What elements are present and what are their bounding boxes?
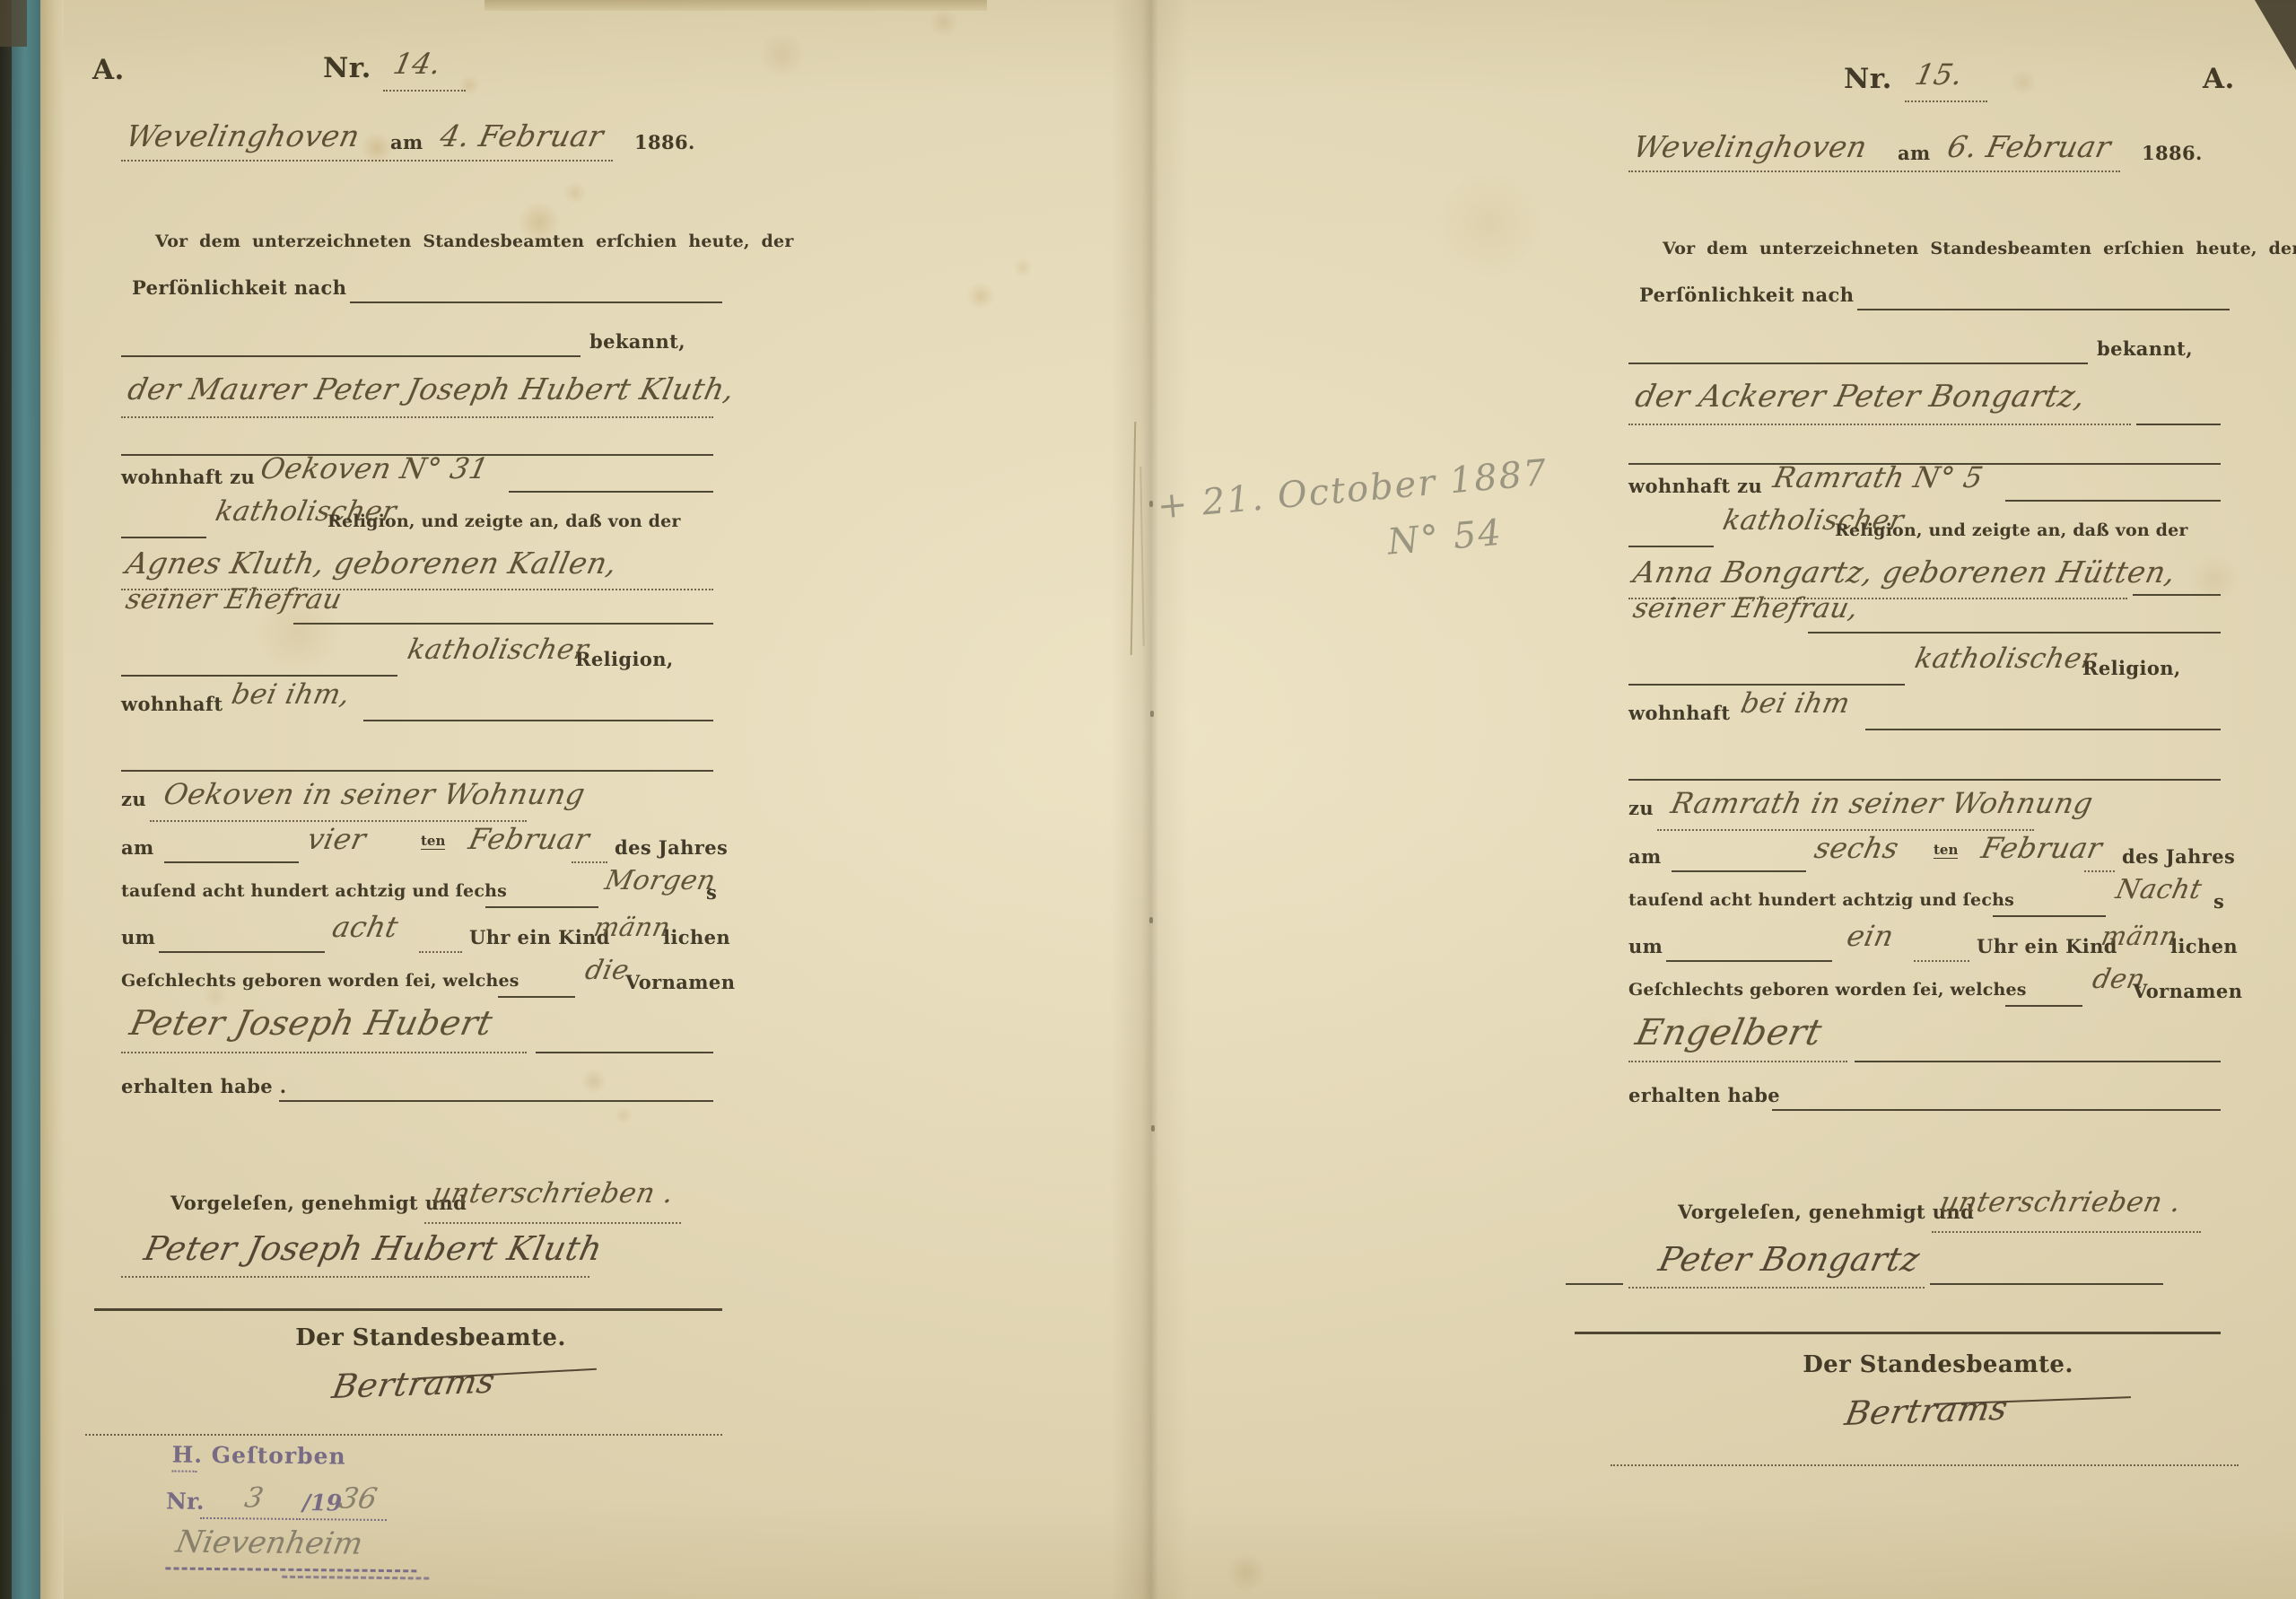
printed-label: Perſönlichkeit nach <box>1639 284 1854 306</box>
printed-label: s <box>706 881 717 904</box>
blank-rule <box>1628 363 2088 364</box>
blank-rule <box>2136 424 2221 425</box>
given-names-handwritten: Engelbert <box>1632 1012 1826 1053</box>
row-ehefrau: seiner Ehefrau, <box>1628 594 2248 648</box>
stamp-nr-value-pencil: 3 <box>242 1481 266 1514</box>
blank-rule <box>121 160 613 162</box>
blank-rule <box>1628 546 1714 547</box>
section-letter: A. <box>2203 63 2235 95</box>
blank-rule <box>121 1052 527 1053</box>
printed-intro: Vor dem unterzeichneten Standesbeamten e… <box>1663 239 2296 258</box>
page-header: A. Nr. 14. <box>121 47 740 109</box>
birth-month-handwritten: Februar <box>466 822 593 856</box>
printed-label: des Jahres <box>2122 845 2235 868</box>
row-standesbeamte: Der Standesbeamte. <box>1628 1351 2248 1378</box>
blank-rule <box>2005 500 2221 502</box>
stamp-year-value-pencil: 36 <box>337 1481 380 1515</box>
row-divider <box>1628 1305 2248 1359</box>
row-given-names: Peter Joseph Hubert <box>121 1001 740 1064</box>
printed-label: wohnhaft zu <box>1628 475 1762 497</box>
printed-label: Vorgeleſen, genehmigt und <box>170 1192 467 1214</box>
registrar-title: Der Standesbeamte. <box>295 1324 566 1351</box>
printed-label: lichen <box>663 926 730 948</box>
registrar-title: Der Standesbeamte. <box>1803 1351 2073 1378</box>
bei-ihm-handwritten: bei ihm <box>1738 687 1853 720</box>
printed-label: Geſchlechts geboren worden ſei, welches <box>121 971 519 991</box>
blank-rule <box>1672 870 1806 872</box>
printed-label: wohnhaft <box>121 693 223 715</box>
printed-label: um <box>121 926 155 948</box>
hour-handwritten: ein <box>1844 919 1897 953</box>
bei-ihm-handwritten: bei ihm, <box>229 678 354 711</box>
am-label: am <box>1898 142 1931 164</box>
birthplace-handwritten: Ramrath in seiner Wohnung <box>1668 786 2096 820</box>
mother-handwritten: Anna Bongartz, geborenen Hütten, <box>1630 555 2179 590</box>
religion-handwritten: katholischer <box>405 633 591 666</box>
record-number-value: 15. <box>1912 57 1966 92</box>
printed-label: am <box>121 836 154 859</box>
printed-label: des Jahres <box>615 836 728 859</box>
blank-rule <box>121 1276 589 1278</box>
blank-rule <box>1566 1283 1623 1285</box>
printed-label: Vornamen <box>2133 980 2242 1002</box>
row-wohnhaft-bei: wohnhaft bei ihm <box>1628 691 2248 745</box>
printed-label: wohnhaft zu <box>121 466 255 488</box>
blank-rule <box>1855 1061 2221 1062</box>
blank-rule <box>121 537 206 538</box>
row-standesbeamte: Der Standesbeamte. <box>121 1324 740 1351</box>
blank-rule <box>159 951 325 953</box>
printed-label: zu <box>1628 797 1654 819</box>
ten-superscript: ten <box>421 833 445 850</box>
blank-rule <box>1666 960 1832 962</box>
civil-register-spread: A. Nr. 14. Wevelinghoven am 4. Februar 1… <box>0 0 2296 1599</box>
daytime-handwritten: Nacht <box>2113 874 2204 905</box>
section-letter: A. <box>92 54 125 86</box>
row-erhalten: erhalten habe <box>1628 1073 2248 1127</box>
unterschrieben-handwritten: unterschrieben . <box>430 1177 677 1210</box>
residence-handwritten: Ramrath N° 5 <box>1770 460 1986 494</box>
unterschrieben-handwritten: unterschrieben . <box>1937 1186 2184 1219</box>
declarant-handwritten: der Maurer Peter Joseph Hubert Kluth, <box>125 371 738 406</box>
row-birthplace: zu Oekoven in seiner Wohnung <box>121 775 740 829</box>
divider-rule <box>94 1308 722 1311</box>
declarant-signature: Peter Bongartz <box>1655 1240 1924 1279</box>
blank-rule <box>1930 1283 2163 1285</box>
printed-label: Uhr ein Kind <box>1977 935 2117 957</box>
religion-handwritten: katholischer <box>1912 642 2099 675</box>
printed-label: um <box>1628 935 1663 957</box>
stamp-dotted-rule <box>302 1518 387 1521</box>
blank-rule <box>1628 779 2221 781</box>
declarant-signature: Peter Joseph Hubert Kluth <box>141 1229 606 1268</box>
binding-stitch <box>1151 1125 1155 1132</box>
record-number-label: Nr. <box>323 52 371 84</box>
blank-rule <box>485 906 598 908</box>
blank-rule <box>1857 309 2230 310</box>
blank-rule <box>2084 870 2115 872</box>
row-declarant: der Maurer Peter Joseph Hubert Kluth, <box>121 370 740 424</box>
year-printed: 1886. <box>2142 142 2203 164</box>
page-right-record-15: Nr. 15. A. Wevelinghoven am 6. Februar 1… <box>1628 7 2257 1599</box>
gender-handwritten: männ <box>2099 921 2180 951</box>
blank-rule <box>1772 1109 2221 1111</box>
blank-rule <box>1611 1464 2239 1466</box>
row-registrar-signature: Bertrams <box>1628 1387 2248 1450</box>
blank-rule <box>85 1434 722 1436</box>
blank-rule <box>2005 1005 2082 1007</box>
blank-rule <box>121 675 397 677</box>
book-cover-dark-edge <box>0 0 13 1599</box>
place-handwritten: Wevelinghoven <box>1630 129 1871 164</box>
printed-intro: Vor dem unterzeichneten Standesbeamten e… <box>155 232 794 251</box>
place-handwritten: Wevelinghoven <box>123 118 363 153</box>
stamp-dotted-rule <box>200 1517 301 1520</box>
row-date: Wevelinghoven am 6. Februar 1886. <box>1628 127 2248 181</box>
blank-rule <box>121 770 713 772</box>
printed-label: Religion, <box>2082 657 2181 679</box>
printed-label: bekannt, <box>589 330 685 353</box>
stamp-underline <box>171 1470 196 1472</box>
blank-rule <box>1628 424 2131 425</box>
printed-label: bekannt, <box>2097 337 2193 360</box>
record-number-label: Nr. <box>1844 63 1892 95</box>
given-names-handwritten: Peter Joseph Hubert <box>127 1003 496 1043</box>
blank-rule <box>1993 915 2106 917</box>
printed-label: wohnhaft <box>1628 702 1730 724</box>
printed-label: s <box>2213 890 2224 913</box>
blank-rule <box>293 623 713 625</box>
row-vorgelesen: Vorgeleſen, genehmigt und unterschrieben… <box>121 1181 740 1235</box>
cover-corner-top-left <box>0 0 27 47</box>
stamp-place-pencil: Nievenheim <box>173 1525 366 1562</box>
residence-handwritten: Oekoven N° 31 <box>258 451 492 485</box>
row-birthplace: zu Ramrath in seiner Wohnung <box>1628 784 2248 838</box>
blank-rule <box>164 861 299 863</box>
blank-rule <box>419 951 462 953</box>
hour-handwritten: acht <box>329 910 402 944</box>
printed-label: erhalten habe <box>1628 1084 1780 1106</box>
page-left-record-14: A. Nr. 14. Wevelinghoven am 4. Februar 1… <box>121 0 749 1599</box>
pencil-note-line2: N° 54 <box>1385 512 1504 564</box>
blank-rule <box>1628 684 1905 686</box>
blank-rule <box>279 1100 713 1102</box>
daytime-handwritten: Morgen <box>602 865 719 896</box>
blank-rule <box>536 1052 713 1053</box>
date-handwritten: 4. Februar <box>437 118 607 153</box>
row-given-names: Engelbert <box>1628 1010 2248 1073</box>
mother-handwritten: Agnes Kluth, geborenen Kallen, <box>123 546 621 581</box>
date-handwritten: 6. Februar <box>1944 129 2114 164</box>
registrar-signature: Bertrams <box>329 1362 498 1406</box>
divider-rule <box>1575 1332 2221 1334</box>
row-dotted-footer <box>1628 1446 2248 1500</box>
printed-label: Vornamen <box>625 971 735 993</box>
death-stamp: H. Geſtorben Nr. 3 /19 36 Nievenheim <box>147 1441 454 1588</box>
gender-handwritten: männ <box>591 912 673 942</box>
stamp-gestorben-label: H. Geſtorben <box>172 1441 346 1469</box>
birth-day-handwritten: sechs <box>1811 831 1902 865</box>
birthplace-handwritten: Oekoven in seiner Wohnung <box>161 777 589 811</box>
binding-stitch <box>1149 917 1153 923</box>
blank-rule <box>1628 1061 1847 1062</box>
row-vorgelesen: Vorgeleſen, genehmigt und unterschrieben… <box>1628 1190 2248 1244</box>
declarant-handwritten: der Ackerer Peter Bongartz, <box>1632 379 2089 415</box>
blank-rule <box>509 491 713 493</box>
printed-label: Religion, und zeigte an, daß von der <box>327 511 681 531</box>
stamp-dashed-rule <box>282 1576 429 1580</box>
printed-label: tauſend acht hundert achtzig und ſechs <box>1628 890 2014 910</box>
row-persoenlichkeit: Perſönlichkeit nach <box>121 266 740 319</box>
row-bekannt: bekannt, <box>121 321 740 375</box>
row-wohnhaft-bei: wohnhaft bei ihm, <box>121 682 740 736</box>
blank-rule <box>1865 729 2221 730</box>
registrar-signature: Bertrams <box>1842 1389 2011 1433</box>
row-date: Wevelinghoven am 4. Februar 1886. <box>121 117 740 170</box>
printed-label: am <box>1628 845 1662 868</box>
blank-rule <box>1914 960 1969 962</box>
am-label: am <box>390 131 423 153</box>
binding-stitch <box>1150 711 1154 717</box>
ehefrau-handwritten: seiner Ehefrau <box>123 583 345 616</box>
printed-label: lichen <box>2170 935 2238 957</box>
blank-rule <box>498 996 575 998</box>
row-registrar-signature: Bertrams <box>121 1360 740 1423</box>
row-erhalten: erhalten habe . <box>121 1064 740 1118</box>
page-stack-edge <box>40 0 64 1599</box>
book-cover-teal-edge <box>12 0 40 1599</box>
printed-label: Uhr ein Kind <box>469 926 610 948</box>
stamp-dashed-rule <box>165 1567 416 1572</box>
blank-rule <box>121 355 581 357</box>
birth-month-handwritten: Februar <box>1978 831 2106 865</box>
printed-label: zu <box>121 788 146 810</box>
blank-rule <box>1905 100 1987 102</box>
blank-rule <box>363 720 713 721</box>
row-declarant: der Ackerer Peter Bongartz, <box>1628 377 2248 431</box>
stamp-year-prefix: /19 <box>302 1490 342 1516</box>
stamp-nr-label: Nr. <box>166 1488 205 1514</box>
blank-rule <box>1628 1287 1925 1289</box>
record-number-value: 14. <box>390 47 444 81</box>
blank-rule <box>1808 632 2221 633</box>
blank-rule <box>1932 1231 2201 1233</box>
row-signature: Peter Joseph Hubert Kluth <box>121 1228 740 1287</box>
page-header: Nr. 15. A. <box>1628 54 2248 117</box>
book-gutter <box>1111 0 1188 1599</box>
printed-label: Religion, <box>575 648 674 670</box>
blank-rule <box>383 90 466 92</box>
printed-label: tauſend acht hundert achtzig und ſechs <box>121 881 507 901</box>
row-signature: Peter Bongartz <box>1628 1238 2248 1298</box>
row-ehefrau: seiner Ehefrau <box>121 585 740 639</box>
printed-label: Vorgeleſen, genehmigt und <box>1678 1201 1974 1223</box>
printed-label: Geſchlechts geboren worden ſei, welches <box>1628 980 2027 1000</box>
row-bekannt: bekannt, <box>1628 328 2248 382</box>
printed-label: Perſönlichkeit nach <box>132 276 346 299</box>
blank-rule <box>121 416 713 418</box>
ehefrau-handwritten: seiner Ehefrau, <box>1630 592 1862 625</box>
binding-stitch <box>1149 501 1153 507</box>
birth-day-handwritten: vier <box>304 822 370 856</box>
blank-rule <box>572 861 607 863</box>
row-persoenlichkeit: Perſönlichkeit nach <box>1628 273 2248 327</box>
ten-superscript: ten <box>1934 842 1958 859</box>
blank-rule <box>350 301 722 303</box>
printed-label: erhalten habe . <box>121 1075 286 1097</box>
blank-rule <box>1628 170 2120 172</box>
blank-rule <box>424 1222 681 1224</box>
printed-label: Religion, und zeigte an, daß von der <box>1835 520 2188 540</box>
year-printed: 1886. <box>634 131 695 153</box>
book-corner-top-right <box>2255 0 2296 70</box>
